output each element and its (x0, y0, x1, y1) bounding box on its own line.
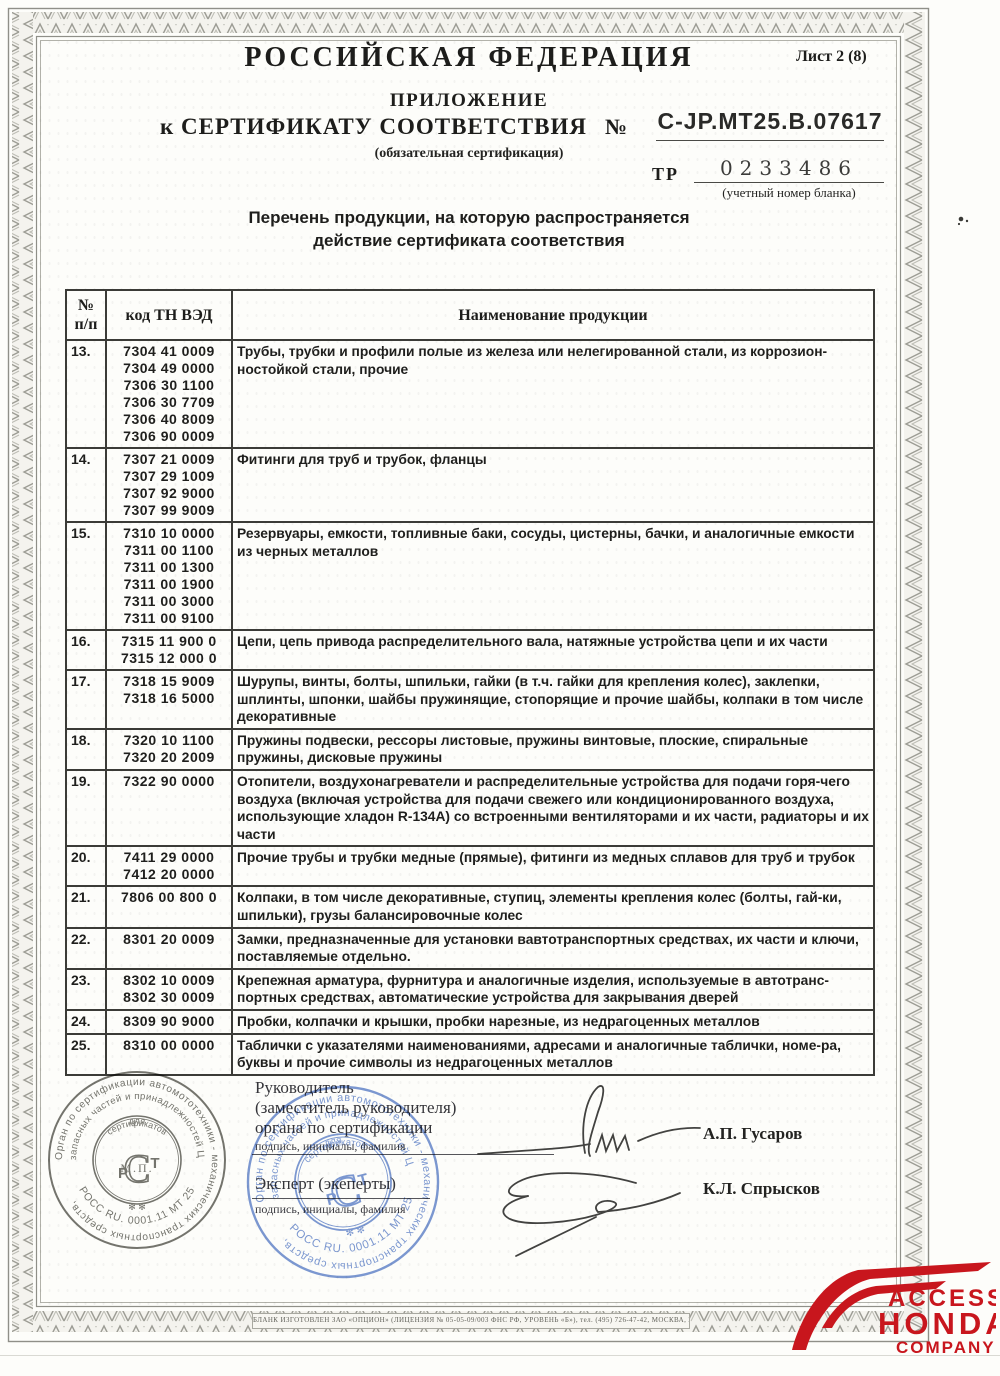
tnved-codes-cell: 7322 90 0000 (106, 770, 232, 846)
table-row: 24.8309 90 9000Пробки, колпачки и крышки… (66, 1010, 874, 1034)
table-header-row: № п/п код ТН ВЭД Наименование продукции (66, 290, 874, 340)
table-row: 19.7322 90 0000Отопители, воздухонагрева… (66, 770, 874, 846)
tnved-codes-cell: 7307 21 0009 7307 29 1009 7307 92 9000 7… (106, 448, 232, 522)
certificate-page: РОССИЙСКАЯ ФЕДЕРАЦИЯ Лист 2 (8) ПРИЛОЖЕН… (0, 0, 1000, 1376)
tnved-codes-cell: 7304 41 0009 7304 49 0000 7306 30 1100 7… (106, 340, 232, 448)
tnved-codes-cell: 7315 11 900 0 7315 12 000 0 (106, 630, 232, 670)
product-name-cell: Трубы, трубки и профили полые из железа … (232, 340, 874, 448)
header-cell-product-name: Наименование продукции (232, 290, 874, 340)
logo-text-honda: HONDA (878, 1306, 996, 1341)
table-row: 18.7320 10 1100 7320 20 2009Пружины подв… (66, 729, 874, 770)
product-name-cell: Пробки, колпачки и крышки, пробки нарезн… (232, 1010, 874, 1034)
doc-title-certificate: к СЕРТИФИКАТУ СООТВЕТСТВИЯ№ (160, 114, 627, 140)
certification-body-stamp-gray: Орган по сертификации автомототехники - … (45, 1068, 229, 1252)
product-name-cell: Резервуары, емкости, топливные баки, сос… (232, 522, 874, 630)
expert-name: К.Л. Спрысков (703, 1179, 820, 1199)
row-number-cell: 15. (66, 522, 106, 630)
blank-number-note: (учетный номер бланка) (694, 185, 884, 201)
row-number-cell: 22. (66, 928, 106, 969)
header-num-line2: п/п (71, 315, 101, 334)
product-list-heading-line2: действие сертификата соответствия (36, 229, 902, 252)
product-table-body: 13.7304 41 0009 7304 49 0000 7306 30 110… (66, 340, 874, 1075)
tnved-codes-cell: 7320 10 1100 7320 20 2009 (106, 729, 232, 770)
table-row: 14.7307 21 0009 7307 29 1009 7307 92 900… (66, 448, 874, 522)
tnved-codes-cell: 7806 00 800 0 (106, 886, 232, 927)
header-num-line1: № (71, 296, 101, 315)
tnved-codes-cell: 8301 20 0009 (106, 928, 232, 969)
access-honda-company-logo: ACCESS HONDA COMPANY (778, 1258, 996, 1358)
row-number-cell: 23. (66, 969, 106, 1010)
svg-text:сертификатов: сертификатов (105, 1118, 169, 1137)
product-table: № п/п код ТН ВЭД Наименование продукции … (65, 289, 875, 1076)
doc-title-certificate-text: к СЕРТИФИКАТУ СООТВЕТСТВИЯ (160, 114, 587, 139)
blank-maker-footer: БЛАНК ИЗГОТОВЛЕН ЗАО «ОПЦИОН» (ЛИЦЕНЗИЯ … (252, 1313, 690, 1329)
table-row: 17.7318 15 9009 7318 16 5000Шурупы, винт… (66, 670, 874, 729)
product-list-heading-line1: Перечень продукции, на которую распростр… (36, 206, 902, 229)
table-row: 16.7315 11 900 0 7315 12 000 0Цепи, цепь… (66, 630, 874, 670)
tnved-codes-cell: 7310 10 0000 7311 00 1100 7311 00 1300 7… (106, 522, 232, 630)
row-number-cell: 14. (66, 448, 106, 522)
stamp-center-top2: сертификатов (105, 1118, 169, 1137)
table-row: 20.7411 29 0000 7412 20 0000Прочие трубы… (66, 846, 874, 886)
product-name-cell: Замки, предназначенные для установки вав… (232, 928, 874, 969)
product-name-cell: Пружины подвески, рессоры листовые, пруж… (232, 729, 874, 770)
product-name-cell: Прочие трубы и трубки медные (прямые), ф… (232, 846, 874, 886)
tr-label: ТР (652, 164, 679, 185)
tnved-codes-cell: 7411 29 0000 7412 20 0000 (106, 846, 232, 886)
product-name-cell: Цепи, цепь привода распределительного ва… (232, 630, 874, 670)
product-name-cell: Шурупы, винты, болты, шпильки, гайки (в … (232, 670, 874, 729)
table-row: 13.7304 41 0009 7304 49 0000 7306 30 110… (66, 340, 874, 448)
row-number-cell: 19. (66, 770, 106, 846)
product-name-cell: Отопители, воздухонагреватели и распреде… (232, 770, 874, 846)
product-name-cell: Крепежная арматура, фурнитура и аналогич… (232, 969, 874, 1010)
row-number-cell: 24. (66, 1010, 106, 1034)
head-name: А.П. Гусаров (703, 1124, 802, 1144)
certificate-number: C-JP.MT25.B.07617 (656, 108, 884, 141)
sheet-number-label: Лист 2 (8) (796, 48, 906, 66)
number-sign: № (587, 114, 627, 139)
row-number-cell: 13. (66, 340, 106, 448)
stamp-stars: ✻ ✻ (128, 1202, 146, 1212)
row-number-cell: 20. (66, 846, 106, 886)
header-cell-row-number: № п/п (66, 290, 106, 340)
row-number-cell: 17. (66, 670, 106, 729)
table-row: 15.7310 10 0000 7311 00 1100 7311 00 130… (66, 522, 874, 630)
product-name-cell: Таблички с указателями наименованиями, а… (232, 1034, 874, 1075)
row-number-cell: 18. (66, 729, 106, 770)
product-list-heading: Перечень продукции, на которую распростр… (36, 206, 902, 252)
row-number-cell: 16. (66, 630, 106, 670)
row-number-cell: 21. (66, 886, 106, 927)
table-row: 21.7806 00 800 0Колпаки, в том числе дек… (66, 886, 874, 927)
tnved-codes-cell: 8309 90 9000 (106, 1010, 232, 1034)
product-name-cell: Колпаки, в том числе декоративные, ступи… (232, 886, 874, 927)
header-cell-tnved-code: код ТН ВЭД (106, 290, 232, 340)
country-title: РОССИЙСКАЯ ФЕДЕРАЦИЯ (36, 42, 902, 74)
tnved-codes-cell: 8302 10 0009 8302 30 0009 (106, 969, 232, 1010)
scan-artifact-line (0, 1355, 1000, 1356)
table-row: 22.8301 20 0009Замки, предназначенные дл… (66, 928, 874, 969)
product-name-cell: Фитинги для труб и трубок, фланцы (232, 448, 874, 522)
table-row: 23.8302 10 0009 8302 30 0009Крепежная ар… (66, 969, 874, 1010)
stamp-mp-label: М.П. (120, 1161, 153, 1175)
blank-registration-number: 0233486 (694, 156, 884, 183)
tnved-codes-cell: 7318 15 9009 7318 16 5000 (106, 670, 232, 729)
